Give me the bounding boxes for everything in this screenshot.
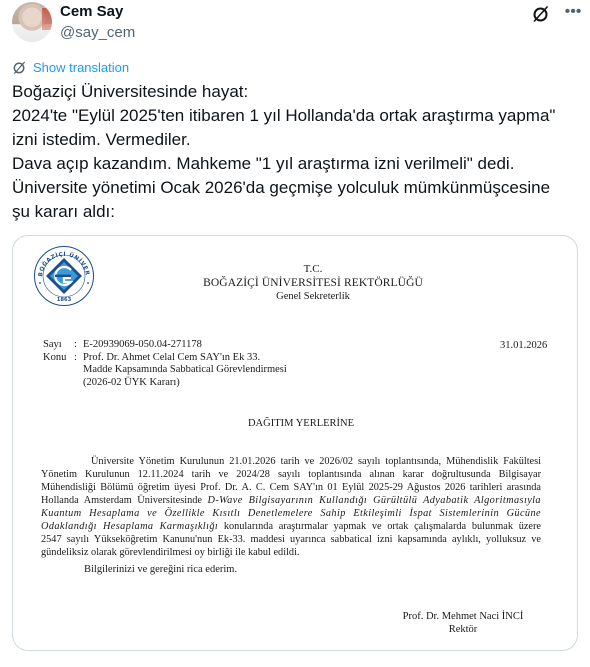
svg-text:1863: 1863 (57, 297, 72, 303)
avatar[interactable] (12, 2, 52, 42)
tweet-line: izni istedim. Vermediler. (12, 128, 582, 152)
tweet-line: Boğaziçi Üniversitesinde hayat: (12, 80, 582, 104)
attached-image[interactable]: BOĞAZİÇİ ÜNİVERSİTESİ 1863 T.C. BOĞAZİÇİ… (12, 235, 578, 651)
grok-icon[interactable] (531, 4, 551, 24)
tweet-text: Boğaziçi Üniversitesinde hayat: 2024'te … (12, 80, 582, 224)
letter-date: 31.01.2026 (500, 340, 547, 351)
official-letter: BOĞAZİÇİ ÜNİVERSİTESİ 1863 T.C. BOĞAZİÇİ… (13, 236, 577, 650)
tweet-header: Cem Say @say_cem ••• (12, 2, 582, 46)
letter-signature: Prof. Dr. Mehmet Naci İNCİ Rektör (383, 611, 543, 636)
konu-line: Madde Kapsamında Sabbatical Görevlendirm… (83, 364, 287, 377)
show-translation-button[interactable]: Show translation (12, 58, 129, 76)
tweet-line: 2024'te "Eylül 2025'ten itibaren 1 yıl H… (12, 104, 582, 128)
letter-heading: T.C. BOĞAZİÇİ ÜNİVERSİTESİ REKTÖRLÜĞÜ Ge… (163, 263, 463, 303)
author-handle[interactable]: @say_cem (60, 24, 135, 41)
body-line: 2547 sayılı Yükseköğretim Kanunu'nun Ek-… (41, 533, 541, 546)
distribution-heading: DAĞITIM YERLERİNE (13, 418, 577, 429)
sayi-value: E-20939069-050.04-271178 (83, 339, 202, 352)
konu-line: Prof. Dr. Ahmet Celal Cem SAY'ın Ek 33. (83, 352, 260, 365)
letter-meta: Sayı : E-20939069-050.04-271178 Konu : P… (43, 339, 287, 389)
signatory-name: Prof. Dr. Mehmet Naci İNCİ (383, 611, 543, 624)
body-line: Hollanda Amsterdam Üniversitesinde D-Wav… (41, 494, 541, 507)
letter-tc: T.C. (163, 263, 463, 276)
body-line: Odaklandığı Hesaplama Karmaşıklığı konul… (41, 520, 541, 533)
letter-body: Üniversite Yönetim Kurulunun 21.01.2026 … (41, 455, 541, 559)
letter-closing: Bilgilerinizi ve gereğini rica ederim. (84, 564, 237, 575)
signatory-title: Rektör (383, 624, 543, 637)
body-line: Mühendisliği Bölümü öğretim üyesi Prof. … (41, 481, 541, 494)
tweet-line: Dava açıp kazandım. Mahkeme "1 yıl araşt… (12, 152, 582, 176)
konu-label: Konu (43, 352, 74, 365)
sayi-label: Sayı (43, 339, 74, 352)
translate-icon (12, 60, 27, 75)
university-logo: BOĞAZİÇİ ÜNİVERSİTESİ 1863 (33, 245, 95, 307)
letter-institution: BOĞAZİÇİ ÜNİVERSİTESİ REKTÖRLÜĞÜ (163, 276, 463, 290)
more-options-icon[interactable]: ••• (561, 2, 585, 22)
body-line: Kuantum Hesaplama ve Özellikle Kısıtlı D… (41, 507, 541, 520)
tweet-line: Üniversite yönetimi Ocak 2026'da geçmişe… (12, 176, 582, 200)
body-line: Yönetim Kurulunun 12.11.2024 tarih ve 20… (41, 468, 541, 481)
konu-line: (2026-02 ÜYK Kararı) (83, 377, 180, 390)
author-display-name[interactable]: Cem Say (60, 3, 123, 20)
tweet-line: şu kararı aldı: (12, 200, 582, 224)
letter-unit: Genel Sekreterlik (163, 290, 463, 303)
show-translation-label[interactable]: Show translation (33, 60, 129, 75)
body-line: Üniversite Yönetim Kurulunun 21.01.2026 … (41, 455, 541, 468)
body-line: gündeliksiz olarak görevlendirilmesi oy … (41, 546, 541, 559)
